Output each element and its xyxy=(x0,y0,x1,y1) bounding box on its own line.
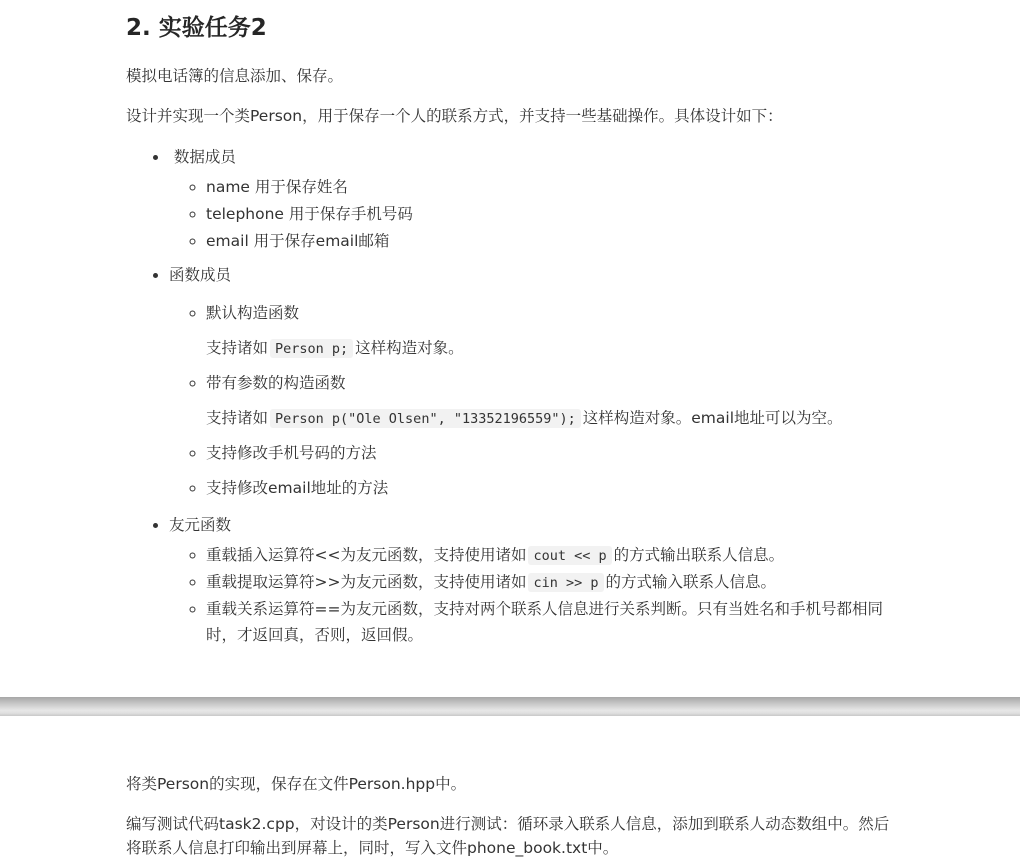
inline-code: Person p; xyxy=(270,339,353,358)
intro-paragraph-1: 模拟电话簿的信息添加、保存。 xyxy=(126,64,894,88)
desc-text-pre: 支持诸如 xyxy=(206,409,268,427)
function-members-label: 函数成员 xyxy=(169,266,231,284)
friend-functions-label: 友元函数 xyxy=(169,516,231,534)
desc-text-post: 这样构造对象。 xyxy=(355,339,464,357)
page-break-divider xyxy=(0,697,1020,716)
inline-code: cout << p xyxy=(528,546,611,565)
list-item-name-member: name 用于保存姓名 xyxy=(206,174,894,201)
design-spec-list: 数据成员 name 用于保存姓名 telephone 用于保存手机号码 emai… xyxy=(126,144,894,649)
list-item-modify-email: 支持修改email地址的方法 xyxy=(206,477,894,499)
intro-paragraph-2: 设计并实现一个类Person，用于保存一个人的联系方式，并支持一些基础操作。具体… xyxy=(126,104,894,128)
desc-text-pre: 重载提取运算符>>为友元函数，支持使用诸如 xyxy=(206,573,526,591)
desc-text-post: 这样构造对象。email地址可以为空。 xyxy=(583,409,843,427)
list-item-telephone-member: telephone 用于保存手机号码 xyxy=(206,201,894,228)
desc-text-pre: 支持诸如 xyxy=(206,339,268,357)
desc-text-post: 的方式输入联系人信息。 xyxy=(606,573,777,591)
inline-code: Person p("Ole Olsen", "13352196559"); xyxy=(270,409,581,428)
friend-functions-sublist: 重载插入运算符<<为友元函数，支持使用诸如cout << p的方式输出联系人信息… xyxy=(169,542,894,649)
desc-text-pre: 重载插入运算符<<为友元函数，支持使用诸如 xyxy=(206,546,526,564)
list-item-default-ctor: 默认构造函数 支持诸如Person p;这样构造对象。 xyxy=(206,302,894,359)
desc-text-post: 的方式输出联系人信息。 xyxy=(614,546,785,564)
data-members-label: 数据成员 xyxy=(169,148,236,166)
list-item-equal-operator: 重载关系运算符==为友元函数，支持对两个联系人信息进行关系判断。只有当姓名和手机… xyxy=(206,596,894,649)
function-members-sublist: 默认构造函数 支持诸如Person p;这样构造对象。 带有参数的构造函数 支持… xyxy=(169,302,894,499)
inline-code: cin >> p xyxy=(528,573,603,592)
default-ctor-desc: 支持诸如Person p;这样构造对象。 xyxy=(206,337,894,359)
test-code-paragraph: 编写测试代码task2.cpp，对设计的类Person进行测试：循环录入联系人信… xyxy=(126,812,894,860)
list-item-data-members: 数据成员 name 用于保存姓名 telephone 用于保存手机号码 emai… xyxy=(169,144,894,254)
list-item-insert-operator: 重载插入运算符<<为友元函数，支持使用诸如cout << p的方式输出联系人信息… xyxy=(206,542,894,569)
list-item-param-ctor: 带有参数的构造函数 支持诸如Person p("Ole Olsen", "133… xyxy=(206,372,894,429)
bottom-section: 将类Person的实现，保存在文件Person.hpp中。 编写测试代码task… xyxy=(126,716,894,860)
param-ctor-desc: 支持诸如Person p("Ole Olsen", "13352196559")… xyxy=(206,407,894,429)
document-page: 2. 实验任务2 模拟电话簿的信息添加、保存。 设计并实现一个类Person，用… xyxy=(0,0,1020,860)
data-members-sublist: name 用于保存姓名 telephone 用于保存手机号码 email 用于保… xyxy=(169,174,894,254)
list-item-function-members: 函数成员 默认构造函数 支持诸如Person p;这样构造对象。 带有参数的构造… xyxy=(169,262,894,499)
param-ctor-label: 带有参数的构造函数 xyxy=(206,372,894,394)
list-item-email-member: email 用于保存email邮箱 xyxy=(206,228,894,255)
list-item-modify-phone: 支持修改手机号码的方法 xyxy=(206,442,894,464)
default-ctor-label: 默认构造函数 xyxy=(206,302,894,324)
list-item-extract-operator: 重载提取运算符>>为友元函数，支持使用诸如cin >> p的方式输入联系人信息。 xyxy=(206,569,894,596)
save-file-paragraph: 将类Person的实现，保存在文件Person.hpp中。 xyxy=(126,772,894,796)
page-title: 2. 实验任务2 xyxy=(126,13,894,44)
modify-phone-label: 支持修改手机号码的方法 xyxy=(206,442,894,464)
modify-email-label: 支持修改email地址的方法 xyxy=(206,477,894,499)
list-item-friend-functions: 友元函数 重载插入运算符<<为友元函数，支持使用诸如cout << p的方式输出… xyxy=(169,512,894,649)
